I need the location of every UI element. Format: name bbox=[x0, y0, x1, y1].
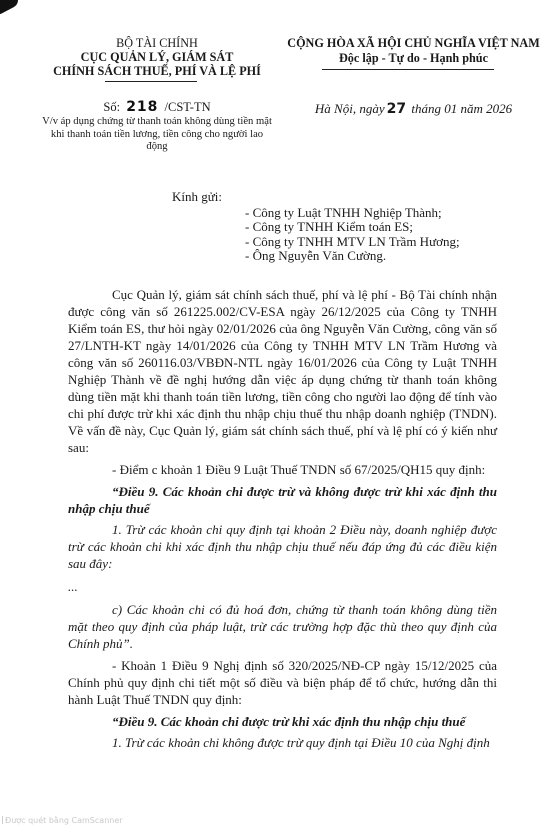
law-point-c: c) Các khoản chi có đủ hoá đơn, chứng từ… bbox=[68, 601, 497, 652]
national-motto: Độc lập - Tự do - Hạnh phúc bbox=[270, 51, 557, 66]
scanner-watermark: Được quét bằng CamScanner bbox=[2, 816, 123, 825]
recipient-list: - Công ty Luật TNHH Nghiệp Thành; - Công… bbox=[245, 206, 460, 263]
ministry-name: BỘ TÀI CHÍNH bbox=[42, 36, 272, 50]
decree-article-title: “Điều 9. Các khoản chi được trừ khi xác … bbox=[68, 713, 497, 730]
number-suffix: /CST-TN bbox=[165, 100, 211, 114]
intro-paragraph: Cục Quản lý, giám sát chính sách thuế, p… bbox=[68, 286, 497, 456]
agency-name-line1: CỤC QUẢN LÝ, GIÁM SÁT bbox=[42, 50, 272, 64]
national-header: CỘNG HÒA XÃ HỘI CHỦ NGHĨA VIỆT NAM Độc l… bbox=[270, 36, 557, 65]
law-article-title: “Điều 9. Các khoản chi được trừ và không… bbox=[68, 483, 497, 517]
number-prefix: Số: bbox=[103, 100, 120, 114]
place-and-date: Hà Nội, ngày27 tháng 01 năm 2026 bbox=[270, 101, 557, 117]
agency-underline bbox=[105, 81, 197, 82]
handwritten-day: 27 bbox=[387, 101, 406, 117]
agency-name-line2: CHÍNH SÁCH THUẾ, PHÍ VÀ LỆ PHÍ bbox=[42, 64, 272, 78]
document-body: Cục Quản lý, giám sát chính sách thuế, p… bbox=[68, 286, 497, 751]
document-subject: V/v áp dụng chứng từ thanh toán không dù… bbox=[42, 116, 272, 154]
decree-citation: - Khoản 1 Điều 9 Nghị định số 320/2025/N… bbox=[68, 657, 497, 708]
greeting: Kính gửi: bbox=[172, 189, 222, 205]
recipient-item: - Công ty TNHH Kiểm toán ES; bbox=[245, 220, 460, 234]
date-suffix: tháng 01 năm 2026 bbox=[411, 101, 512, 116]
law-clause-1: 1. Trừ các khoản chi quy định tại khoản … bbox=[68, 521, 497, 572]
recipient-item: - Ông Nguyễn Văn Cường. bbox=[245, 249, 460, 263]
date-prefix: Hà Nội, ngày bbox=[315, 101, 385, 116]
handwritten-number: 218 bbox=[126, 99, 158, 115]
document-number: Số: 218 /CST-TN bbox=[42, 99, 272, 115]
scan-corner-mark bbox=[0, 0, 21, 15]
nation-name: CỘNG HÒA XÃ HỘI CHỦ NGHĨA VIỆT NAM bbox=[270, 36, 557, 51]
recipient-item: - Công ty TNHH MTV LN Trầm Hương; bbox=[245, 235, 460, 249]
law-ellipsis: ... bbox=[68, 578, 497, 595]
law-citation: - Điểm c khoản 1 Điều 9 Luật Thuế TNDN s… bbox=[68, 461, 497, 478]
issuing-agency-header: BỘ TÀI CHÍNH CỤC QUẢN LÝ, GIÁM SÁT CHÍNH… bbox=[42, 36, 272, 78]
recipient-item: - Công ty Luật TNHH Nghiệp Thành; bbox=[245, 206, 460, 220]
motto-underline bbox=[322, 69, 494, 70]
decree-clause-1: 1. Trừ các khoản chi không được trừ quy … bbox=[68, 734, 497, 751]
